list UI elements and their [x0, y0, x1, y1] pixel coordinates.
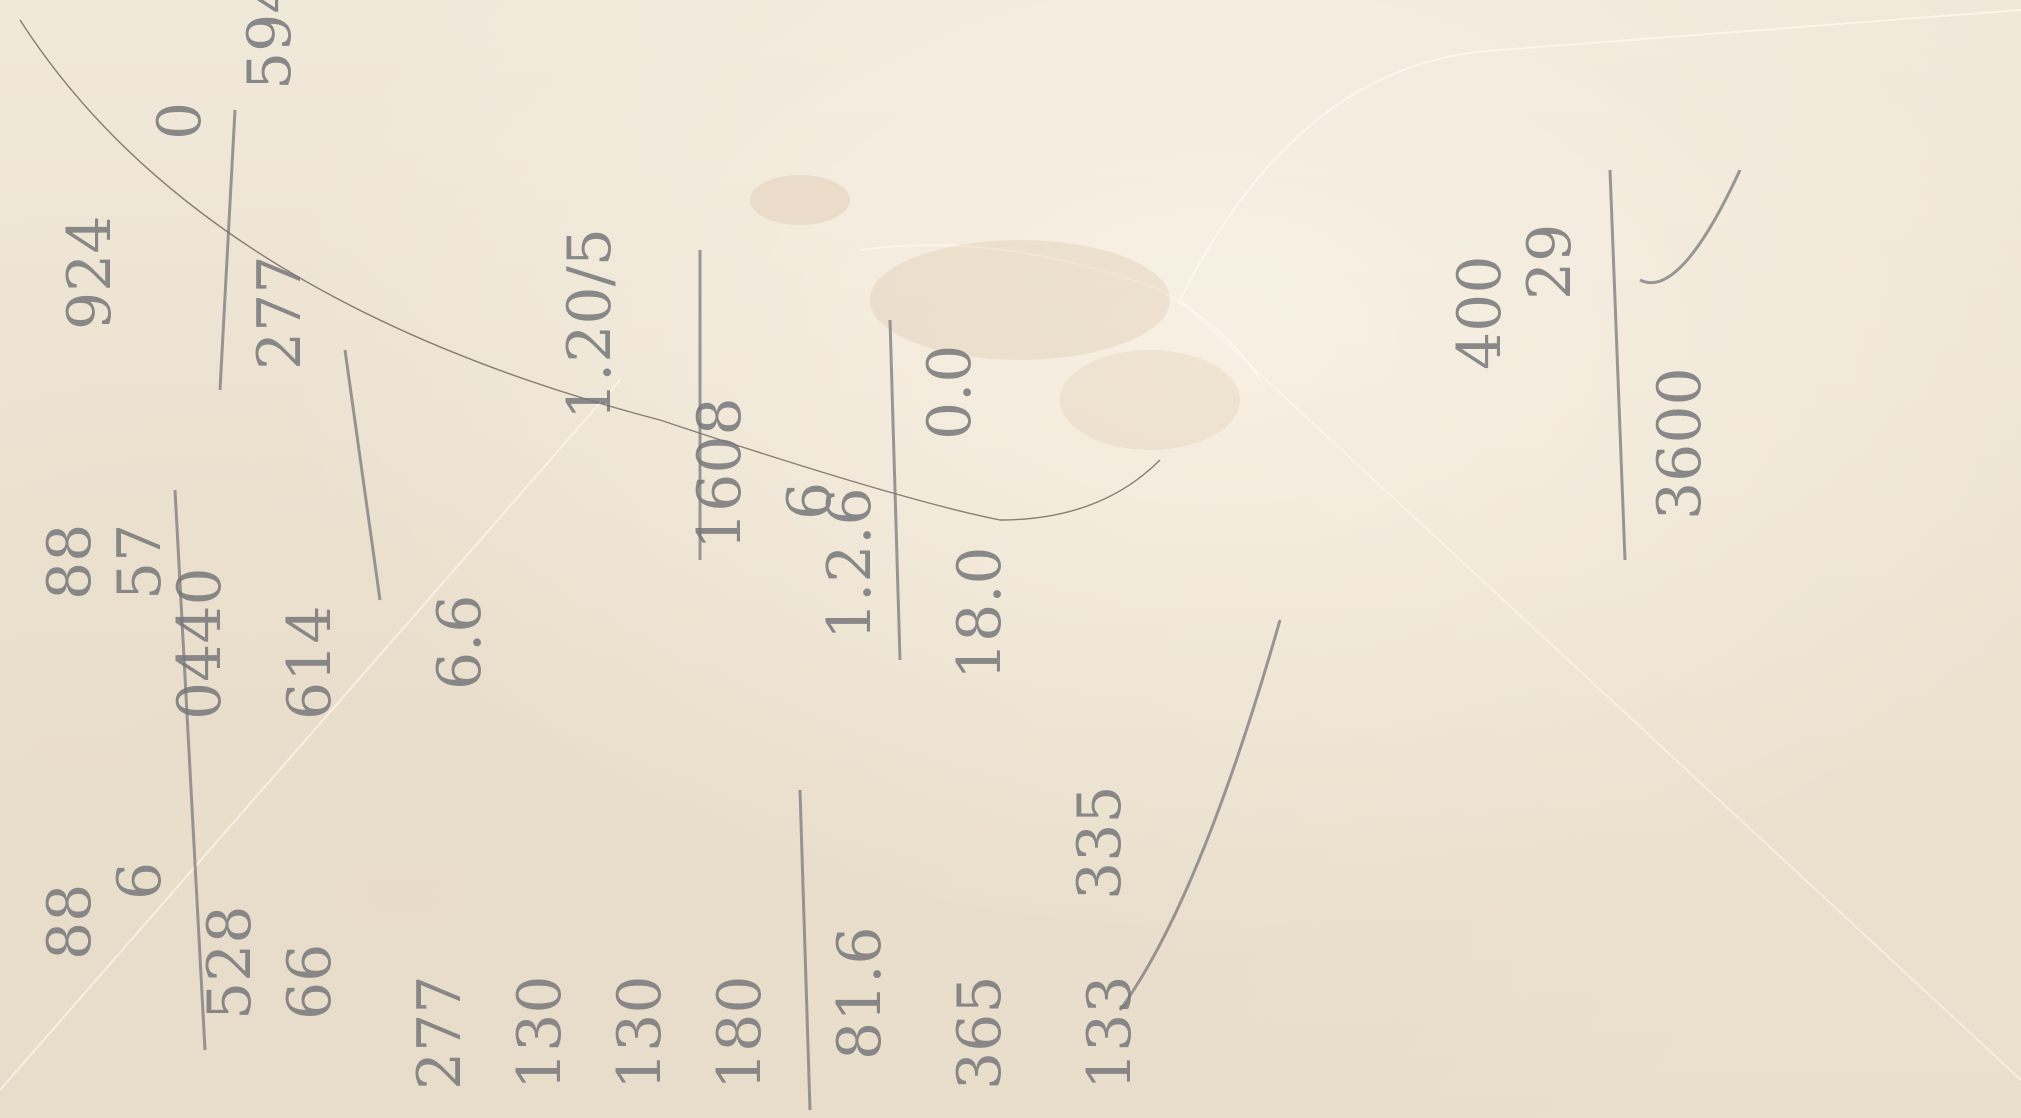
number: 1.20/5 [555, 228, 625, 420]
number: 130 [605, 975, 675, 1090]
stain [870, 240, 1170, 360]
number: 277 [245, 255, 315, 370]
number: 6 [105, 862, 175, 900]
number: 18.0 [945, 546, 1015, 680]
envelope-drawing: 924 0 277 5940 88 57 0440 614 6.6 88 6 5… [0, 0, 2021, 1118]
number: 0440 [165, 567, 235, 720]
number: 88 [35, 524, 105, 600]
number: 1.2.6 [815, 487, 885, 640]
number: 365 [945, 975, 1015, 1090]
number: 335 [1065, 785, 1135, 900]
number: 66 [275, 944, 345, 1020]
number: 924 [55, 215, 125, 330]
number: 0 [145, 102, 215, 140]
number: 180 [705, 975, 775, 1090]
envelope-back: 924 0 277 5940 88 57 0440 614 6.6 88 6 5… [0, 0, 2021, 1118]
number: 88 [35, 884, 105, 960]
number: 400 [1445, 255, 1515, 370]
right-flap-edge [1180, 10, 2021, 300]
number: 133 [1075, 975, 1145, 1090]
stain [750, 175, 850, 225]
number: 81.6 [825, 926, 895, 1060]
number: 0.0 [915, 345, 985, 440]
number: 6.6 [425, 595, 495, 690]
number: 528 [195, 905, 265, 1020]
number: 130 [505, 975, 575, 1090]
number: 29 [1515, 224, 1585, 300]
number: 1608 [685, 397, 755, 550]
number: 277 [405, 975, 475, 1090]
diagonal-crease [1180, 300, 2021, 1080]
stain [1060, 350, 1240, 450]
number: 614 [275, 605, 345, 720]
number: 5940 [235, 0, 305, 90]
number: 3600 [1645, 367, 1715, 520]
